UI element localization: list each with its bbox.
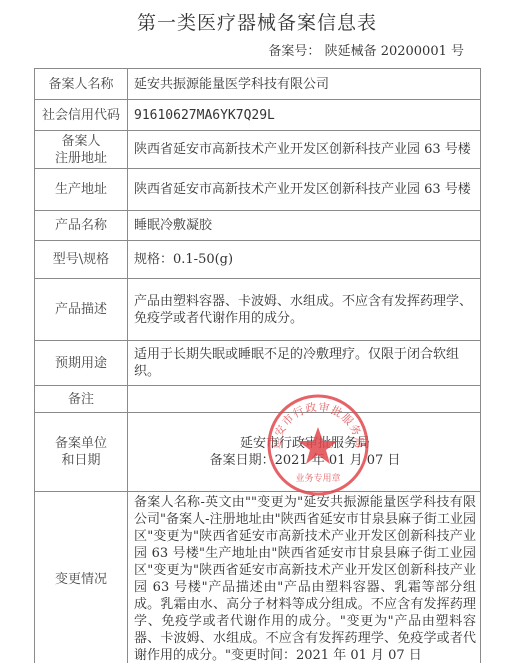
registration-table: 备案人名称 延安共振源能量医学科技有限公司 社会信用代码 91610627MA6… (34, 68, 481, 663)
label-filing-unit-date: 备案单位 和日期 (35, 413, 128, 492)
value-product-name: 睡眠冷敷凝胶 (128, 211, 481, 241)
label-remarks: 备注 (35, 386, 128, 413)
record-number-label: 备案号： (268, 44, 320, 59)
filing-date: 备案日期：2021 年 01 月 07 日 (134, 452, 476, 469)
document-title: 第一类医疗器械备案信息表 (0, 8, 514, 35)
label-product-name: 产品名称 (35, 211, 128, 241)
value-change-history: 备案人名称-英文由""变更为"延安共振源能量医学科技有限公司"备案人-注册地址由… (128, 492, 481, 663)
label-production-address: 生产地址 (35, 169, 128, 211)
value-remarks (128, 386, 481, 413)
row-product-description: 产品描述 产品由塑料容器、卡波姆、水组成。不应含有发挥药理学、免疫学或者代谢作用… (35, 279, 481, 341)
label-filer-name: 备案人名称 (35, 69, 128, 100)
label-credit-code: 社会信用代码 (35, 100, 128, 131)
label-product-description: 产品描述 (35, 279, 128, 341)
row-production-address: 生产地址 陕西省延安市高新技术产业开发区创新科技产业园 63 号楼 (35, 169, 481, 211)
filing-unit: 延安市行政审批服务局 (134, 435, 476, 452)
value-filer-name: 延安共振源能量医学科技有限公司 (128, 69, 481, 100)
label-model-spec: 型号\规格 (35, 241, 128, 279)
label-line-1: 备案单位 (35, 435, 127, 452)
row-remarks: 备注 (35, 386, 481, 413)
label-intended-use: 预期用途 (35, 341, 128, 386)
row-filing-unit-date: 备案单位 和日期 延安市行政审批服务局 备案日期：2021 年 01 月 07 … (35, 413, 481, 492)
value-product-description: 产品由塑料容器、卡波姆、水组成。不应含有发挥药理学、免疫学或者代谢作用的成分。 (128, 279, 481, 341)
value-registered-address: 陕西省延安市高新技术产业开发区创新科技产业园 63 号楼 (128, 131, 481, 169)
row-credit-code: 社会信用代码 91610627MA6YK7Q29L (35, 100, 481, 131)
label-line-2: 和日期 (35, 452, 127, 469)
value-production-address: 陕西省延安市高新技术产业开发区创新科技产业园 63 号楼 (128, 169, 481, 211)
value-credit-code: 91610627MA6YK7Q29L (128, 100, 481, 131)
record-number-value: 陕延械备 20200001 号 (325, 44, 464, 59)
row-model-spec: 型号\规格 规格：0.1-50(g) (35, 241, 481, 279)
row-registered-address: 备案人 注册地址 陕西省延安市高新技术产业开发区创新科技产业园 63 号楼 (35, 131, 481, 169)
row-intended-use: 预期用途 适用于长期失眠或睡眠不足的冷敷理疗。仅限于闭合软组织。 (35, 341, 481, 386)
record-number: 备案号： 陕延械备 20200001 号 (268, 40, 464, 59)
label-change-history: 变更情况 (35, 492, 128, 663)
label-line-1: 备案人 (35, 133, 127, 150)
row-change-history: 变更情况 备案人名称-英文由""变更为"延安共振源能量医学科技有限公司"备案人-… (35, 492, 481, 663)
value-intended-use: 适用于长期失眠或睡眠不足的冷敷理疗。仅限于闭合软组织。 (128, 341, 481, 386)
row-filer-name: 备案人名称 延安共振源能量医学科技有限公司 (35, 69, 481, 100)
value-model-spec: 规格：0.1-50(g) (128, 241, 481, 279)
label-registered-address: 备案人 注册地址 (35, 131, 128, 169)
label-line-2: 注册地址 (35, 150, 127, 167)
value-filing-unit-date: 延安市行政审批服务局 备案日期：2021 年 01 月 07 日 (128, 413, 481, 492)
row-product-name: 产品名称 睡眠冷敷凝胶 (35, 211, 481, 241)
